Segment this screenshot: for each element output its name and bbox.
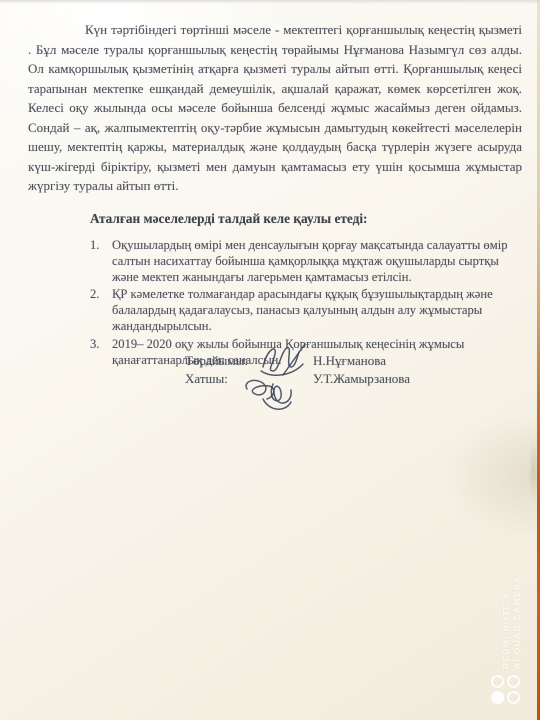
resolution-number: 3. <box>90 337 112 369</box>
signature-row-chair: Төрайымы: Н.Нұғманова <box>185 352 515 370</box>
secretary-signature <box>263 399 291 409</box>
page-top-edge-shade <box>0 0 540 4</box>
paper-fold-shadow <box>460 425 540 545</box>
logo-circle <box>491 675 504 688</box>
quad-camera-logo-icon <box>491 675 521 705</box>
resolution-heading: Аталған мәселелерді талдай келе қаулы ет… <box>90 209 522 229</box>
signature-block: Төрайымы: Н.Нұғманова Хатшы: У.Т.Жамырза… <box>185 352 515 388</box>
chair-label: Төрайымы: <box>185 353 248 368</box>
watermark-line-2: AI QUAD CAMERA <box>512 575 523 669</box>
camera-watermark-text: REDMI NOTE 8 AI QUAD CAMERA <box>501 575 523 669</box>
logo-circle-filled <box>491 691 504 704</box>
signature-row-secretary: Хатшы: У.Т.Жамырзанова <box>185 370 515 388</box>
resolution-number: 1. <box>90 238 112 285</box>
resolution-text: ҚР кәмелетке толмағандар арасындағы құқы… <box>112 287 512 334</box>
document-body: Күн тәртібіндегі төртінші мәселе - мекте… <box>28 12 522 370</box>
intro-paragraph: Күн тәртібіндегі төртінші мәселе - мекте… <box>28 20 522 196</box>
resolution-item: 1. Оқушылардың өмірі мен денсаулығын қор… <box>90 238 522 285</box>
chair-name: Н.Нұғманова <box>313 352 386 370</box>
logo-circle <box>507 691 520 704</box>
logo-circle <box>507 675 520 688</box>
resolution-item: 2. ҚР кәмелетке толмағандар арасындағы қ… <box>90 287 522 334</box>
scanned-document-page: Күн тәртібіндегі төртінші мәселе - мекте… <box>0 0 540 720</box>
resolution-list: 1. Оқушылардың өмірі мен денсаулығын қор… <box>90 238 522 368</box>
resolution-number: 2. <box>90 287 112 334</box>
watermark-line-1: REDMI NOTE 8 <box>501 575 512 669</box>
secretary-name: У.Т.Жамырзанова <box>313 370 410 388</box>
secretary-label: Хатшы: <box>185 371 228 386</box>
resolution-text: Оқушылардың өмірі мен денсаулығын қорғау… <box>112 238 512 285</box>
